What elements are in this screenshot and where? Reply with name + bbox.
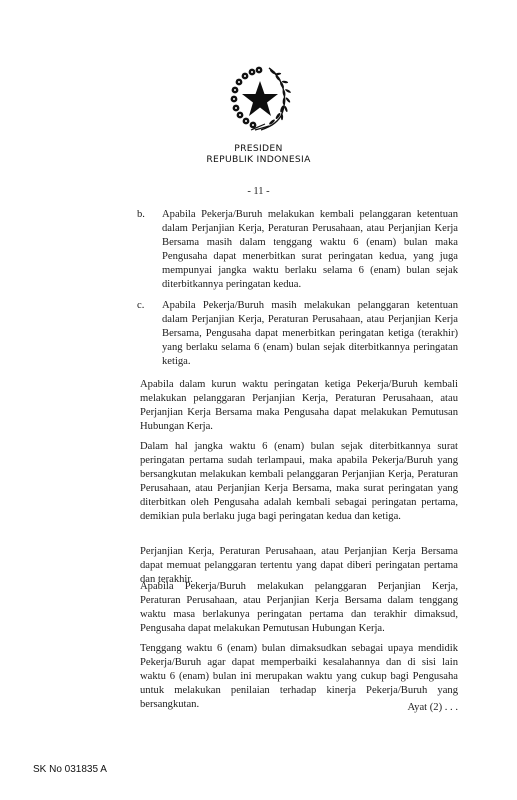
list-marker-b: b. (137, 208, 145, 222)
header-republic: REPUBLIK INDONESIA (0, 154, 517, 165)
paragraph-1: Apabila dalam kurun waktu peringatan ket… (140, 378, 458, 434)
paragraph-2: Dalam hal jangka waktu 6 (enam) bulan se… (140, 440, 458, 524)
list-marker-c: c. (137, 299, 144, 313)
continuation-note: Ayat (2) . . . (380, 702, 458, 713)
list-item-c: Apabila Pekerja/Buruh masih melakukan pe… (162, 299, 458, 369)
paragraph-4: Apabila Pekerja/Buruh melakukan pelangga… (140, 580, 458, 636)
list-item-b: Apabila Pekerja/Buruh melakukan kembali … (162, 208, 458, 292)
presidential-star-emblem-icon (229, 64, 291, 134)
page-number: - 11 - (0, 186, 517, 197)
header-president: PRESIDEN (0, 143, 517, 154)
footer-document-code: SK No 031835 A (33, 764, 107, 775)
